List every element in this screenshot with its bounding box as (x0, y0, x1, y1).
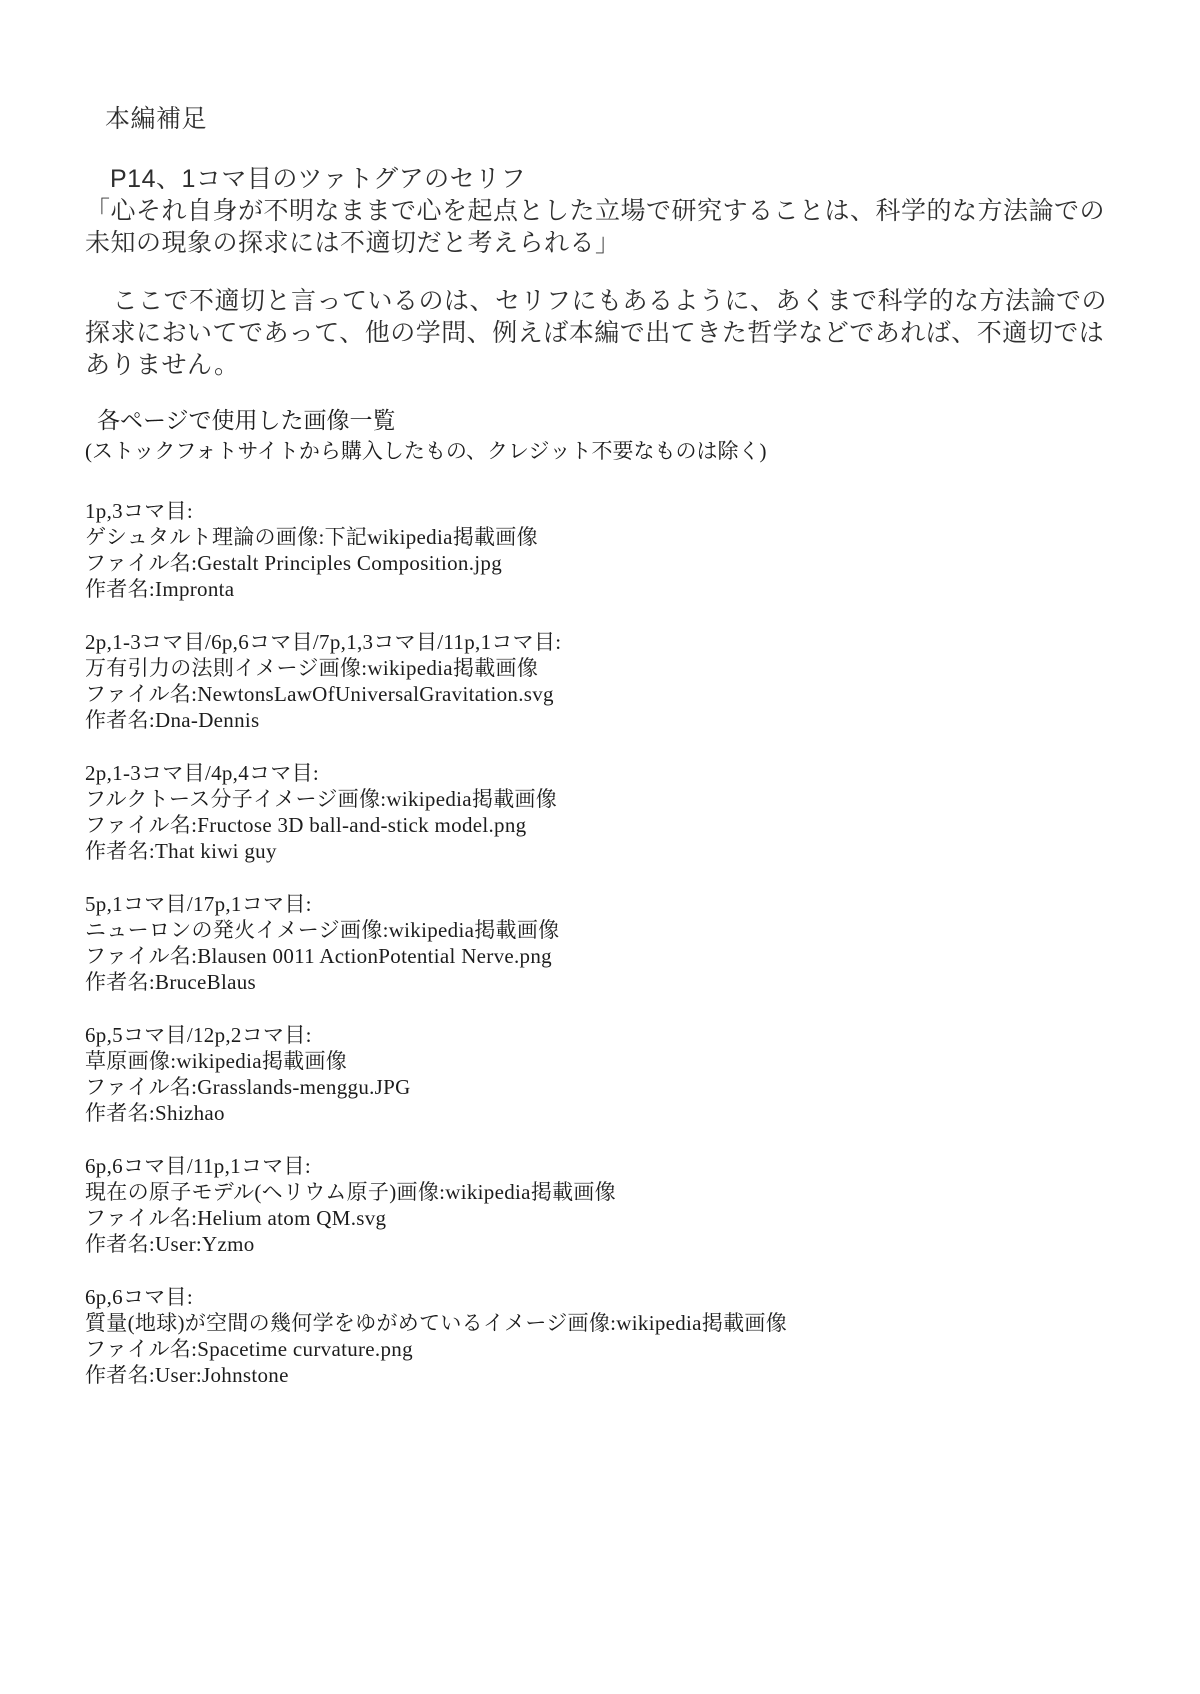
entry-pages: 6p,6コマ目: (85, 1284, 1122, 1310)
entry-author: 作者名:Dna-Dennis (85, 707, 1122, 733)
entry-pages: 6p,5コマ目/12p,2コマ目: (85, 1022, 1122, 1048)
quote-line: 未知の現象の探求には不適切だと考えられる」 (85, 227, 1122, 259)
supplement-heading: 本編補足 (105, 103, 1122, 135)
entry-file: ファイル名:Grasslands-menggu.JPG (85, 1074, 1122, 1100)
entry-pages: 1p,3コマ目: (85, 498, 1122, 524)
entry-file: ファイル名:Fructose 3D ball-and-stick model.p… (85, 812, 1122, 838)
entry-author: 作者名:User:Johnstone (85, 1362, 1122, 1388)
entry-author: 作者名:BruceBlaus (85, 969, 1122, 995)
entry-title: 万有引力の法則イメージ画像:wikipedia掲載画像 (85, 655, 1122, 681)
entry-author: 作者名:Shizhao (85, 1100, 1122, 1126)
credit-entry: 6p,5コマ目/12p,2コマ目: 草原画像:wikipedia掲載画像 ファイ… (85, 1022, 1122, 1126)
entry-author: 作者名:User:Yzmo (85, 1231, 1122, 1257)
credit-entry: 2p,1-3コマ目/6p,6コマ目/7p,1,3コマ目/11p,1コマ目: 万有… (85, 629, 1122, 733)
entry-file: ファイル名:Spacetime curvature.png (85, 1336, 1122, 1362)
credits-note: (ストックフォトサイトから購入したもの、クレジット不要なものは除く) (85, 436, 1122, 466)
entry-pages: 5p,1コマ目/17p,1コマ目: (85, 891, 1122, 917)
entry-pages: 2p,1-3コマ目/6p,6コマ目/7p,1,3コマ目/11p,1コマ目: (85, 629, 1122, 655)
quote-intro: P14、1コマ目のツァトグアのセリフ (110, 163, 1122, 195)
entry-title: ゲシュタルト理論の画像:下記wikipedia掲載画像 (85, 524, 1122, 550)
credits-list: 1p,3コマ目: ゲシュタルト理論の画像:下記wikipedia掲載画像 ファイ… (85, 498, 1122, 1388)
entry-file: ファイル名:Helium atom QM.svg (85, 1205, 1122, 1231)
entry-file: ファイル名:Gestalt Principles Composition.jpg (85, 550, 1122, 576)
entry-author: 作者名:Impronta (85, 576, 1122, 602)
credit-entry: 6p,6コマ目/11p,1コマ目: 現在の原子モデル(ヘリウム原子)画像:wik… (85, 1153, 1122, 1257)
entry-title: 草原画像:wikipedia掲載画像 (85, 1048, 1122, 1074)
credit-entry: 6p,6コマ目: 質量(地球)が空間の幾何学をゆがめているイメージ画像:wiki… (85, 1284, 1122, 1388)
entry-title: フルクトース分子イメージ画像:wikipedia掲載画像 (85, 786, 1122, 812)
entry-title: ニューロンの発火イメージ画像:wikipedia掲載画像 (85, 917, 1122, 943)
credit-entry: 5p,1コマ目/17p,1コマ目: ニューロンの発火イメージ画像:wikiped… (85, 891, 1122, 995)
credits-section: 各ページで使用した画像一覧 (ストックフォトサイトから購入したもの、クレジット不… (85, 406, 1122, 1388)
note-line: ここで不適切と言っているのは、セリフにもあるように、あくまで科学的な方法論での (85, 285, 1122, 317)
entry-title: 現在の原子モデル(ヘリウム原子)画像:wikipedia掲載画像 (85, 1179, 1122, 1205)
supplement-note: ここで不適切と言っているのは、セリフにもあるように、あくまで科学的な方法論での … (85, 285, 1122, 381)
note-line: ありません。 (85, 349, 1122, 381)
entry-file: ファイル名:NewtonsLawOfUniversalGravitation.s… (85, 681, 1122, 707)
entry-author: 作者名:That kiwi guy (85, 838, 1122, 864)
quote-line: 「心それ自身が不明なままで心を起点とした立場で研究することは、科学的な方法論での (85, 195, 1122, 227)
note-line: 探求においてであって、他の学問、例えば本編で出てきた哲学などであれば、不適切では (85, 317, 1122, 349)
document-page: 本編補足 P14、1コマ目のツァトグアのセリフ 「心それ自身が不明なままで心を起… (0, 0, 1200, 1694)
credits-heading: 各ページで使用した画像一覧 (97, 406, 1122, 436)
entry-pages: 6p,6コマ目/11p,1コマ目: (85, 1153, 1122, 1179)
supplement-section: 本編補足 P14、1コマ目のツァトグアのセリフ 「心それ自身が不明なままで心を起… (85, 103, 1122, 381)
entry-pages: 2p,1-3コマ目/4p,4コマ目: (85, 760, 1122, 786)
entry-file: ファイル名:Blausen 0011 ActionPotential Nerve… (85, 943, 1122, 969)
entry-title: 質量(地球)が空間の幾何学をゆがめているイメージ画像:wikipedia掲載画像 (85, 1310, 1122, 1336)
credit-entry: 2p,1-3コマ目/4p,4コマ目: フルクトース分子イメージ画像:wikipe… (85, 760, 1122, 864)
quote-text: 「心それ自身が不明なままで心を起点とした立場で研究することは、科学的な方法論での… (85, 195, 1122, 259)
credit-entry: 1p,3コマ目: ゲシュタルト理論の画像:下記wikipedia掲載画像 ファイ… (85, 498, 1122, 602)
